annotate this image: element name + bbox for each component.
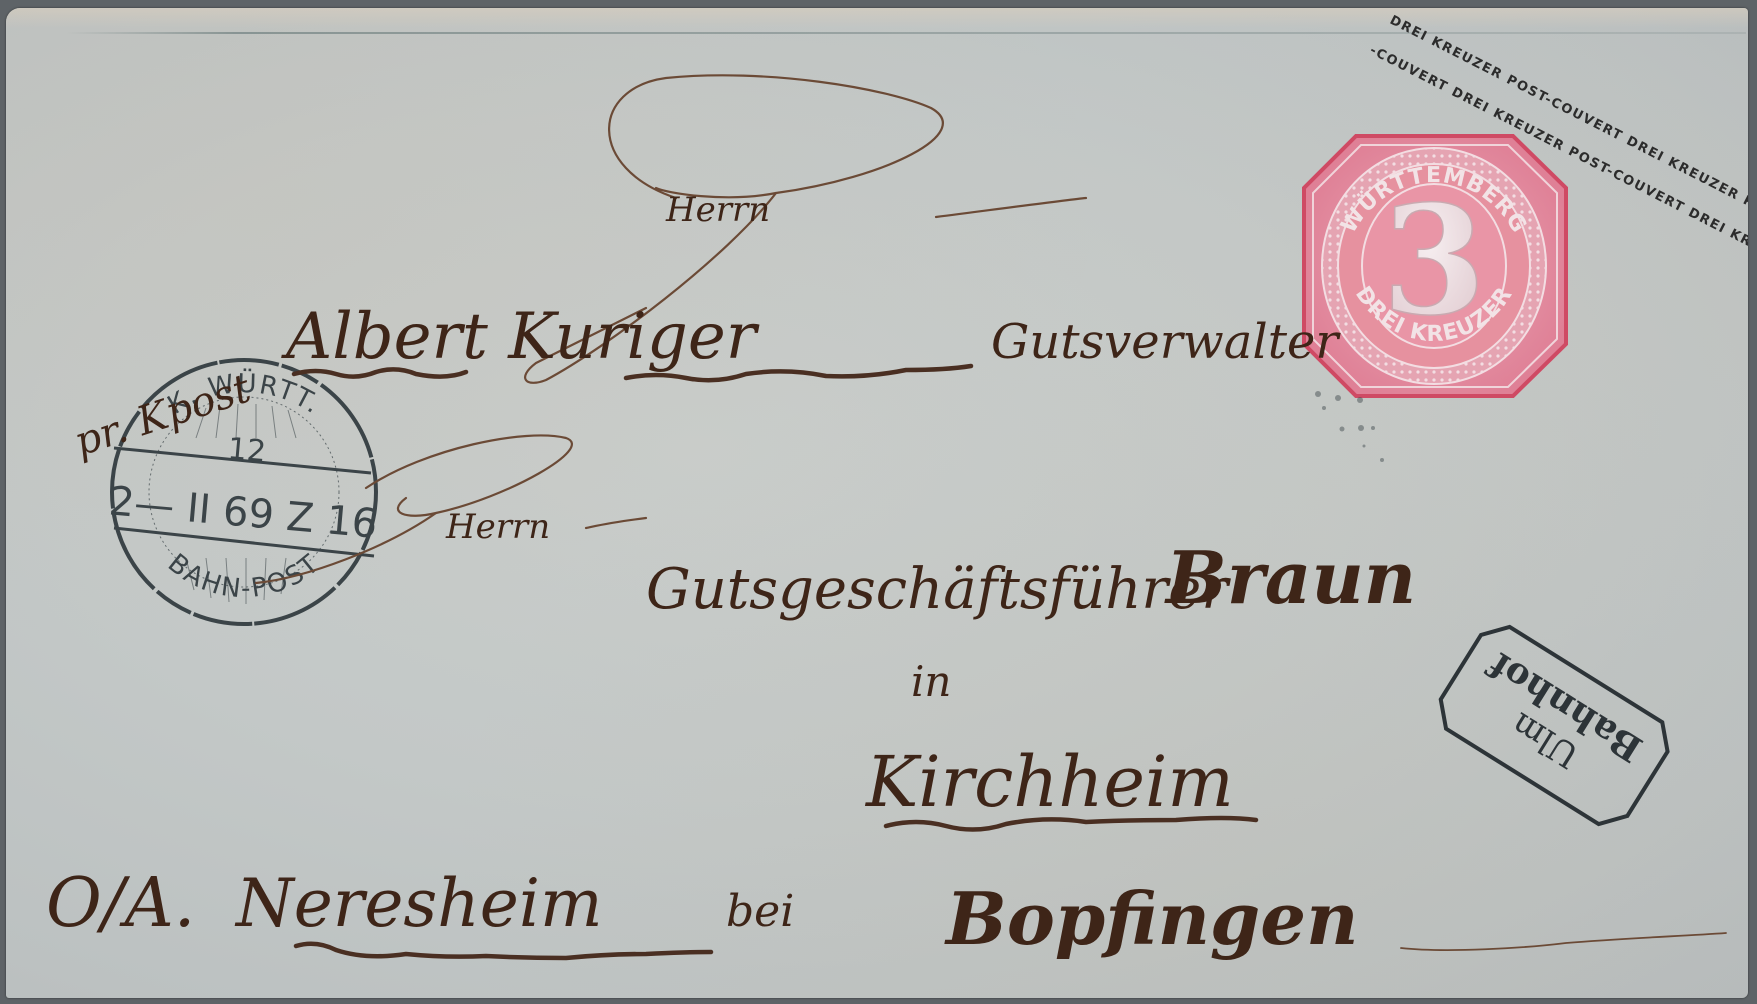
district-name: Neresheim — [234, 865, 603, 942]
recipient-2-title: Gutsgeschäftsführer — [646, 557, 1231, 622]
faint-postmark-fragment — [1315, 391, 1384, 462]
recipient-1-title: Gutsverwalter — [991, 314, 1341, 370]
salutation-1: Herrn — [665, 190, 770, 230]
recipient-2-name: Braun — [1164, 535, 1416, 620]
imprinted-stamp: WÜRTTEMBERG DREI KREUZER 3 — [1304, 136, 1566, 396]
envelope-markings: WÜRTTEMBERG DREI KREUZER 3 — [6, 8, 1748, 998]
near-word: bei — [726, 886, 794, 937]
preposition-in: in — [911, 657, 951, 706]
postmark-ulm-bahnhof: Ulm Bahnhof — [1429, 616, 1679, 834]
postmark-date: 2— II 69 Z 16 — [107, 478, 379, 547]
near-town: Bopfingen — [944, 876, 1358, 961]
bopfingen-tail — [1401, 933, 1726, 950]
recipient-1-name: Albert Kuriger — [281, 300, 760, 374]
salutation-2: Herrn — [445, 507, 550, 547]
destination-town: Kirchheim — [864, 741, 1234, 823]
postmark-bottom-text: BAHN-POST — [162, 548, 326, 604]
district-prefix: O/A. — [46, 864, 195, 943]
photo-stage: DREI KREUZER POST-COUVERT DREI KREUZER P… — [0, 0, 1757, 1004]
stamp-numeral: 3 — [1382, 173, 1486, 349]
postmark-number: 12 — [226, 431, 267, 469]
envelope: DREI KREUZER POST-COUVERT DREI KREUZER P… — [6, 8, 1748, 998]
